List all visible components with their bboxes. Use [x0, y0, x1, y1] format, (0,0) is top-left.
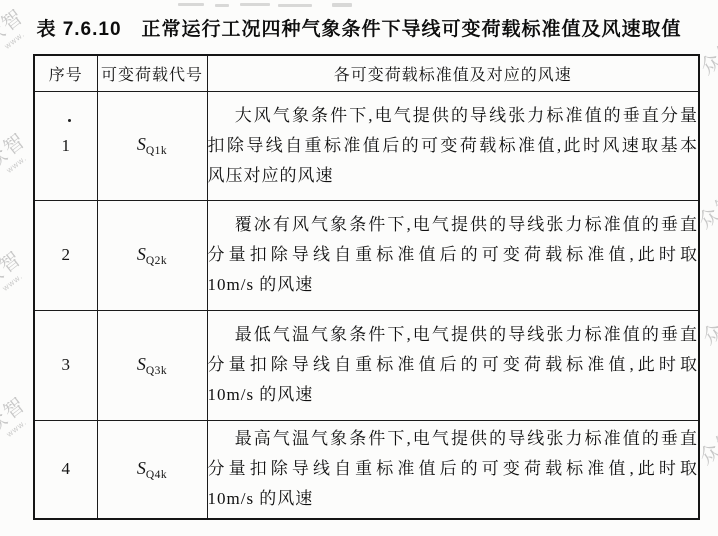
- serial-number: 2: [62, 245, 71, 264]
- scan-smudge: [178, 3, 204, 6]
- load-description-cell: 最高气温气象条件下,电气提供的导线张力标准值的垂直 分量扣除导线自重标准值后的可…: [207, 420, 699, 519]
- load-code-subscript: Q4k: [146, 469, 167, 481]
- watermark-url: www.: [710, 321, 718, 360]
- scan-dot-artifact: [68, 119, 71, 122]
- description-line: 分量扣除导线自重标准值后的可变荷载标准值,此时取: [208, 240, 699, 270]
- table-row: 3 SQ3k 最低气温气象条件下,电气提供的导线张力标准值的垂直 分量扣除导线自…: [34, 310, 699, 420]
- load-description-cell: 覆冰有风气象条件下,电气提供的导线张力标准值的垂直 分量扣除导线自重标准值后的可…: [207, 200, 699, 310]
- serial-number: 4: [62, 459, 71, 478]
- serial-number: 1: [62, 136, 71, 155]
- serial-number-cell: 2: [34, 200, 97, 310]
- load-description-cell: 最低气温气象条件下,电气提供的导线张力标准值的垂直 分量扣除导线自重标准值后的可…: [207, 310, 699, 420]
- header-serial-number: 序号: [34, 55, 97, 91]
- serial-number-cell: 4: [34, 420, 97, 519]
- serial-number: 3: [62, 355, 71, 374]
- page-title: 表 7.6.10 正常运行工况四种气象条件下导线可变荷载标准值及风速取值: [0, 14, 718, 41]
- variable-load-table: 序号 可变荷载代号 各可变荷载标准值及对应的风速 1 SQ1k 大风气象条件下,…: [33, 54, 700, 520]
- scan-smudge: [278, 4, 312, 7]
- watermark-url: www.: [708, 51, 718, 90]
- table-row: 4 SQ4k 最高气温气象条件下,电气提供的导线张力标准值的垂直 分量扣除导线自…: [34, 420, 699, 519]
- table-header-row: 序号 可变荷载代号 各可变荷载标准值及对应的风速: [34, 55, 699, 91]
- description-line: 最高气温气象条件下,电气提供的导线张力标准值的垂直: [208, 424, 699, 454]
- load-code-subscript: Q2k: [146, 255, 167, 267]
- load-code-subscript: Q1k: [146, 145, 167, 157]
- description-line: 10m/s 的风速: [208, 380, 699, 410]
- description-line: 10m/s 的风速: [208, 484, 699, 514]
- watermark-brand: 众智: [0, 245, 30, 294]
- load-code-symbol: S: [137, 244, 146, 264]
- description-line: 风压对应的风速: [208, 161, 699, 191]
- load-code-cell: SQ2k: [97, 200, 207, 310]
- serial-number-cell: 3: [34, 310, 97, 420]
- load-code-cell: SQ3k: [97, 310, 207, 420]
- watermark-url: www.: [707, 441, 718, 480]
- header-load-code: 可变荷载代号: [97, 55, 207, 91]
- description-line: 分量扣除导线自重标准值后的可变荷载标准值,此时取: [208, 454, 699, 484]
- table-row: 2 SQ2k 覆冰有风气象条件下,电气提供的导线张力标准值的垂直 分量扣除导线自…: [34, 200, 699, 310]
- watermark-url: www.: [706, 205, 718, 244]
- load-code-symbol: S: [137, 134, 146, 154]
- description-line: 分量扣除导线自重标准值后的可变荷载标准值,此时取: [208, 350, 699, 380]
- serial-number-cell: 1: [34, 91, 97, 200]
- description-line: 10m/s 的风速: [208, 270, 699, 300]
- watermark-brand: 众智: [0, 127, 34, 176]
- table-row: 1 SQ1k 大风气象条件下,电气提供的导线张力标准值的垂直分量 扣除导线自重标…: [34, 91, 699, 200]
- load-code-cell: SQ4k: [97, 420, 207, 519]
- load-code-cell: SQ1k: [97, 91, 207, 200]
- watermark-url: www.: [0, 263, 36, 302]
- description-line: 覆冰有风气象条件下,电气提供的导线张力标准值的垂直: [208, 210, 699, 240]
- watermark: 众智www.: [0, 245, 36, 302]
- load-code-symbol: S: [137, 458, 146, 478]
- scan-smudge: [332, 3, 352, 7]
- watermark-brand: 众智: [0, 391, 34, 440]
- description-line: 扣除导线自重标准值后的可变荷载标准值,此时风速取基本: [208, 131, 699, 161]
- scanned-document-page: { "title": "表 7.6.10 正常运行工况四种气象条件下导线可变荷载…: [0, 0, 718, 536]
- load-code-subscript: Q3k: [146, 365, 167, 377]
- scan-smudge: [240, 3, 270, 6]
- load-code-symbol: S: [137, 354, 146, 374]
- scan-smudge: [215, 4, 229, 7]
- description-line: 最低气温气象条件下,电气提供的导线张力标准值的垂直: [208, 320, 699, 350]
- load-description-cell: 大风气象条件下,电气提供的导线张力标准值的垂直分量 扣除导线自重标准值后的可变荷…: [207, 91, 699, 200]
- header-load-values: 各可变荷载标准值及对应的风速: [207, 55, 699, 91]
- description-line: 大风气象条件下,电气提供的导线张力标准值的垂直分量: [208, 101, 699, 131]
